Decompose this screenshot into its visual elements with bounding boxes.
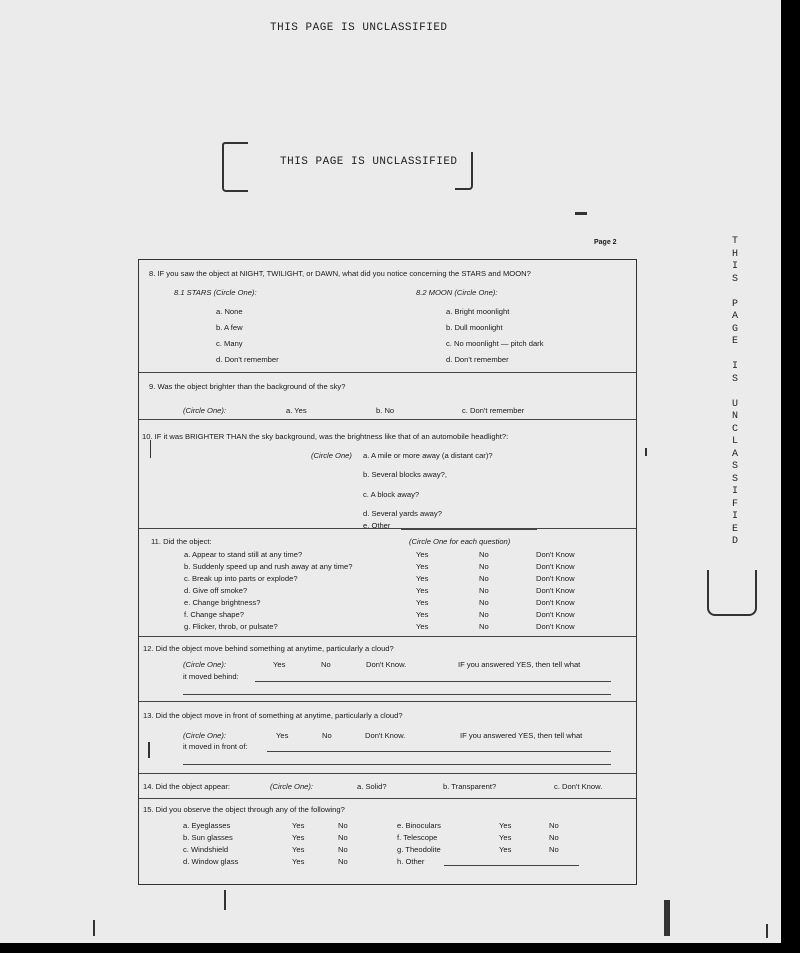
dont-know-option[interactable]: Don't Know xyxy=(536,574,575,583)
yes-option[interactable]: Yes xyxy=(292,857,304,866)
yes-option[interactable]: Yes xyxy=(499,833,511,842)
stars-option-d[interactable]: d. Don't remember xyxy=(216,355,279,364)
questionnaire-form: 8. IF you saw the object at NIGHT, TWILI… xyxy=(138,259,637,885)
stamp-letter: G xyxy=(729,324,741,337)
no-option[interactable]: No xyxy=(479,562,489,571)
question-10-option-c[interactable]: c. A block away? xyxy=(363,490,419,499)
question-10-option-a[interactable]: a. A mile or more away (a distant car)? xyxy=(363,451,493,460)
moon-option-b[interactable]: b. Dull moonlight xyxy=(446,323,503,332)
vertical-stamp-bracket xyxy=(707,570,757,616)
question-15-section: 15. Did you observe the object through a… xyxy=(139,798,636,884)
yes-option[interactable]: Yes xyxy=(416,550,428,559)
stamp-letter: P xyxy=(729,299,741,312)
row-item-label: g. Flicker, throb, or pulsate? xyxy=(184,622,278,631)
question-12-follow-label: it moved behind: xyxy=(183,672,239,681)
stamp-letter: F xyxy=(729,499,741,512)
yes-option[interactable]: Yes xyxy=(499,845,511,854)
question-12-dont-know[interactable]: Don't Know. xyxy=(366,660,406,669)
scan-artifact xyxy=(224,890,226,910)
stamp-letter: S xyxy=(729,374,741,387)
question-10-option-b[interactable]: b. Several blocks away?, xyxy=(363,470,447,479)
no-option[interactable]: No xyxy=(479,586,489,595)
q15-item-label: d. Window glass xyxy=(183,857,238,866)
question-11-section: 11. Did the object: (Circle One for each… xyxy=(139,528,636,637)
row-item-label: c. Break up into parts or explode? xyxy=(184,574,298,583)
dont-know-option[interactable]: Don't Know xyxy=(536,610,575,619)
question-9-section: 9. Was the object brighter than the back… xyxy=(139,372,636,420)
question-11-text: 11. Did the object: xyxy=(151,537,212,546)
document-page: THIS PAGE IS UNCLASSIFIED THIS PAGE IS U… xyxy=(0,0,781,943)
stamp-letter: I xyxy=(729,511,741,524)
scan-artifact xyxy=(664,900,670,936)
no-option[interactable]: No xyxy=(338,857,348,866)
stars-option-b[interactable]: b. A few xyxy=(216,323,243,332)
classification-stamp-vertical: T H I S P A G E I S U N C L A S S I F I … xyxy=(729,236,741,549)
question-10-text: 10. IF it was BRIGHTER THAN the sky back… xyxy=(142,432,508,441)
question-10-section: 10. IF it was BRIGHTER THAN the sky back… xyxy=(139,419,636,529)
dont-know-option[interactable]: Don't Know xyxy=(536,622,575,631)
row-item-label: b. Suddenly speed up and rush away at an… xyxy=(184,562,352,571)
stamp-letter: E xyxy=(729,524,741,537)
question-10-circle-label: (Circle One) xyxy=(311,451,352,460)
stamp-letter: U xyxy=(729,399,741,412)
stamp-letter: S xyxy=(729,461,741,474)
no-option[interactable]: No xyxy=(338,833,348,842)
question-12-if-yes: IF you answered YES, then tell what xyxy=(458,660,580,669)
question-8-section: 8. IF you saw the object at NIGHT, TWILI… xyxy=(139,260,636,373)
question-14-section: 14. Did the object appear: (Circle One):… xyxy=(139,773,636,799)
yes-option[interactable]: Yes xyxy=(499,821,511,830)
yes-option[interactable]: Yes xyxy=(416,574,428,583)
question-13-text: 13. Did the object move in front of some… xyxy=(143,711,403,720)
no-option[interactable]: No xyxy=(479,610,489,619)
yes-option[interactable]: Yes xyxy=(416,622,428,631)
stamp-letter: T xyxy=(729,236,741,249)
stamp-bracket-left xyxy=(222,142,248,192)
stamp-letter: E xyxy=(729,336,741,349)
question-14-text: 14. Did the object appear: xyxy=(143,782,230,791)
question-12-no[interactable]: No xyxy=(321,660,331,669)
row-item-label: d. Give off smoke? xyxy=(184,586,247,595)
scan-artifact xyxy=(575,212,587,215)
question-15-text: 15. Did you observe the object through a… xyxy=(143,805,345,814)
no-option[interactable]: No xyxy=(479,574,489,583)
dont-know-option[interactable]: Don't Know xyxy=(536,550,575,559)
page-number: Page 2 xyxy=(594,239,617,246)
question-9-option-a[interactable]: a. Yes xyxy=(286,406,307,415)
stamp-letter xyxy=(729,386,741,399)
q15-item-label: e. Binoculars xyxy=(397,821,441,830)
scan-artifact xyxy=(93,920,95,936)
question-9-option-b[interactable]: b. No xyxy=(376,406,394,415)
row-item-label: a. Appear to stand still at any time? xyxy=(184,550,302,559)
stamp-letter: S xyxy=(729,274,741,287)
question-13-no[interactable]: No xyxy=(322,731,332,740)
question-13-circle-label: (Circle One): xyxy=(183,731,226,740)
moon-option-a[interactable]: a. Bright moonlight xyxy=(446,307,509,316)
yes-option[interactable]: Yes xyxy=(416,610,428,619)
scan-artifact xyxy=(148,742,150,758)
question-12-answer-line-2[interactable] xyxy=(183,694,611,695)
q15-item-label: f. Telescope xyxy=(397,833,437,842)
stamp-letter: A xyxy=(729,449,741,462)
question-14-circle-label: (Circle One): xyxy=(270,782,313,791)
moon-label: 8.2 MOON (Circle One): xyxy=(416,288,497,297)
question-13-answer-line-1[interactable] xyxy=(267,751,611,752)
stars-label: 8.1 STARS (Circle One): xyxy=(174,288,257,297)
q15-item-label: c. Windshield xyxy=(183,845,228,854)
scan-artifact xyxy=(150,440,151,458)
question-12-answer-line-1[interactable] xyxy=(255,681,611,682)
classification-stamp-top: THIS PAGE IS UNCLASSIFIED xyxy=(270,22,448,34)
dont-know-option[interactable]: Don't Know xyxy=(536,598,575,607)
moon-option-d[interactable]: d. Don't remember xyxy=(446,355,509,364)
no-option[interactable]: No xyxy=(549,833,559,842)
yes-option[interactable]: Yes xyxy=(416,598,428,607)
stamp-bracket-right xyxy=(455,152,473,190)
no-option[interactable]: No xyxy=(338,821,348,830)
row-item-label: e. Change brightness? xyxy=(184,598,260,607)
no-option[interactable]: No xyxy=(479,550,489,559)
yes-option[interactable]: Yes xyxy=(292,821,304,830)
stamp-letter: H xyxy=(729,249,741,262)
stamp-letter xyxy=(729,349,741,362)
q15-item-label: g. Theodolite xyxy=(397,845,441,854)
question-13-if-yes: IF you answered YES, then tell what xyxy=(460,731,582,740)
question-12-yes[interactable]: Yes xyxy=(273,660,285,669)
stamp-letter: L xyxy=(729,436,741,449)
yes-option[interactable]: Yes xyxy=(292,845,304,854)
stamp-letter: N xyxy=(729,411,741,424)
yes-option[interactable]: Yes xyxy=(416,562,428,571)
stamp-letter: I xyxy=(729,261,741,274)
question-13-section: 13. Did the object move in front of some… xyxy=(139,701,636,774)
question-8-text: 8. IF you saw the object at NIGHT, TWILI… xyxy=(149,269,531,278)
question-12-circle-label: (Circle One): xyxy=(183,660,226,669)
dont-know-option[interactable]: Don't Know xyxy=(536,562,575,571)
row-item-label: f. Change shape? xyxy=(184,610,244,619)
no-option[interactable]: No xyxy=(549,821,559,830)
question-9-text: 9. Was the object brighter than the back… xyxy=(149,382,345,391)
q15-item-label: a. Eyeglasses xyxy=(183,821,230,830)
question-14-option-a[interactable]: a. Solid? xyxy=(357,782,387,791)
moon-option-c[interactable]: c. No moonlight — pitch dark xyxy=(446,339,544,348)
no-option[interactable]: No xyxy=(549,845,559,854)
question-13-answer-line-2[interactable] xyxy=(183,764,611,765)
stamp-letter: I xyxy=(729,486,741,499)
yes-option[interactable]: Yes xyxy=(292,833,304,842)
q15-other-blank[interactable] xyxy=(444,865,579,866)
scan-artifact xyxy=(766,924,768,938)
stamp-letter: C xyxy=(729,424,741,437)
question-9-option-c[interactable]: c. Don't remember xyxy=(462,406,524,415)
question-14-option-c[interactable]: c. Don't Know. xyxy=(554,782,602,791)
no-option[interactable]: No xyxy=(338,845,348,854)
scan-artifact xyxy=(645,448,647,456)
no-option[interactable]: No xyxy=(479,622,489,631)
no-option[interactable]: No xyxy=(479,598,489,607)
question-13-follow-label: it moved in front of: xyxy=(183,742,248,751)
question-12-text: 12. Did the object move behind something… xyxy=(143,644,394,653)
stamp-letter: D xyxy=(729,536,741,549)
yes-option[interactable]: Yes xyxy=(416,586,428,595)
stamp-letter: A xyxy=(729,311,741,324)
stamp-letter: S xyxy=(729,474,741,487)
question-13-dont-know[interactable]: Don't Know. xyxy=(365,731,405,740)
classification-stamp-boxed: THIS PAGE IS UNCLASSIFIED xyxy=(280,156,458,168)
stamp-letter: I xyxy=(729,361,741,374)
question-13-yes[interactable]: Yes xyxy=(276,731,288,740)
question-11-circle-label: (Circle One for each question) xyxy=(409,537,510,546)
stars-option-a[interactable]: a. None xyxy=(216,307,243,316)
question-10-option-d[interactable]: d. Several yards away? xyxy=(363,509,442,518)
stamp-letter xyxy=(729,286,741,299)
question-14-option-b[interactable]: b. Transparent? xyxy=(443,782,496,791)
question-9-circle-label: (Circle One): xyxy=(183,406,226,415)
q15-item-label: b. Sun glasses xyxy=(183,833,233,842)
question-12-section: 12. Did the object move behind something… xyxy=(139,636,636,702)
stars-option-c[interactable]: c. Many xyxy=(216,339,243,348)
dont-know-option[interactable]: Don't Know xyxy=(536,586,575,595)
q15-item-label: h. Other xyxy=(397,857,424,866)
